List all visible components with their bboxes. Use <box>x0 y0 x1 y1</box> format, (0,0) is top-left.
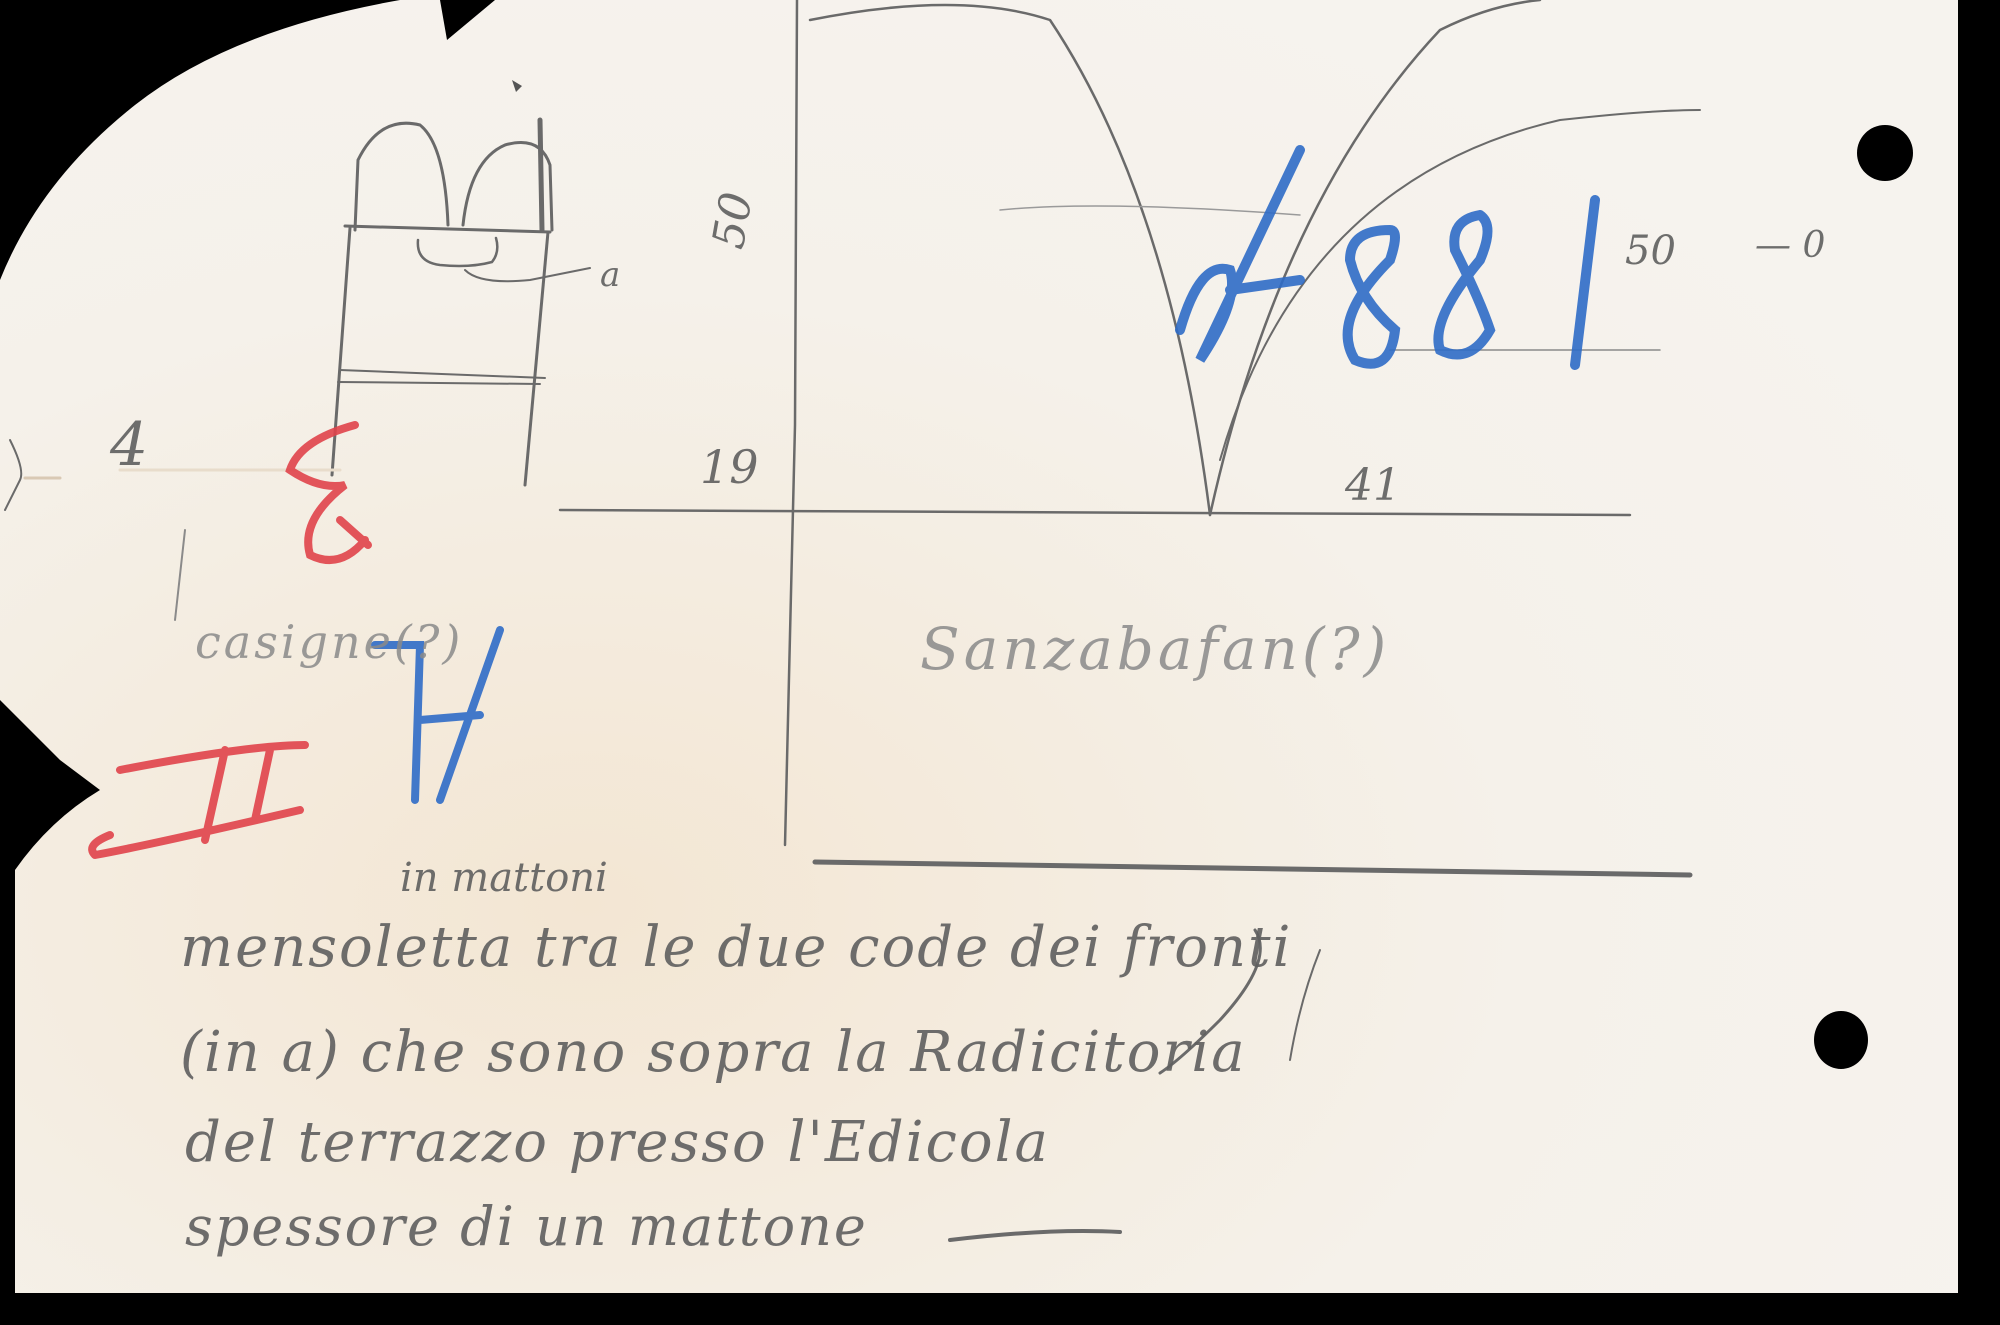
dimension-top: 50 <box>703 188 763 252</box>
dash-value: — 0 <box>1755 225 1825 266</box>
inventory-superscript: 50 <box>1625 228 1676 274</box>
notes-line: spessore di un mattone <box>185 1195 868 1258</box>
dimension-bottom: 19 <box>700 440 759 494</box>
sketch-label-a: a <box>600 255 620 295</box>
dimension-left: 4 <box>110 410 148 480</box>
notes-line: mensoletta tra le due code dei fronti <box>180 915 1292 980</box>
punch-hole-top <box>1857 125 1913 181</box>
punch-hole-bottom <box>1814 1011 1868 1069</box>
notes-line: (in a) che sono sopra la Radicitoria <box>180 1020 1247 1085</box>
caption-right: Sanzabafan(?) <box>920 615 1390 683</box>
base-dimension: 41 <box>1345 460 1401 511</box>
notes-insertion: in mattoni <box>400 855 608 901</box>
notes-line: del terrazzo presso l'Edicola <box>185 1110 1050 1175</box>
